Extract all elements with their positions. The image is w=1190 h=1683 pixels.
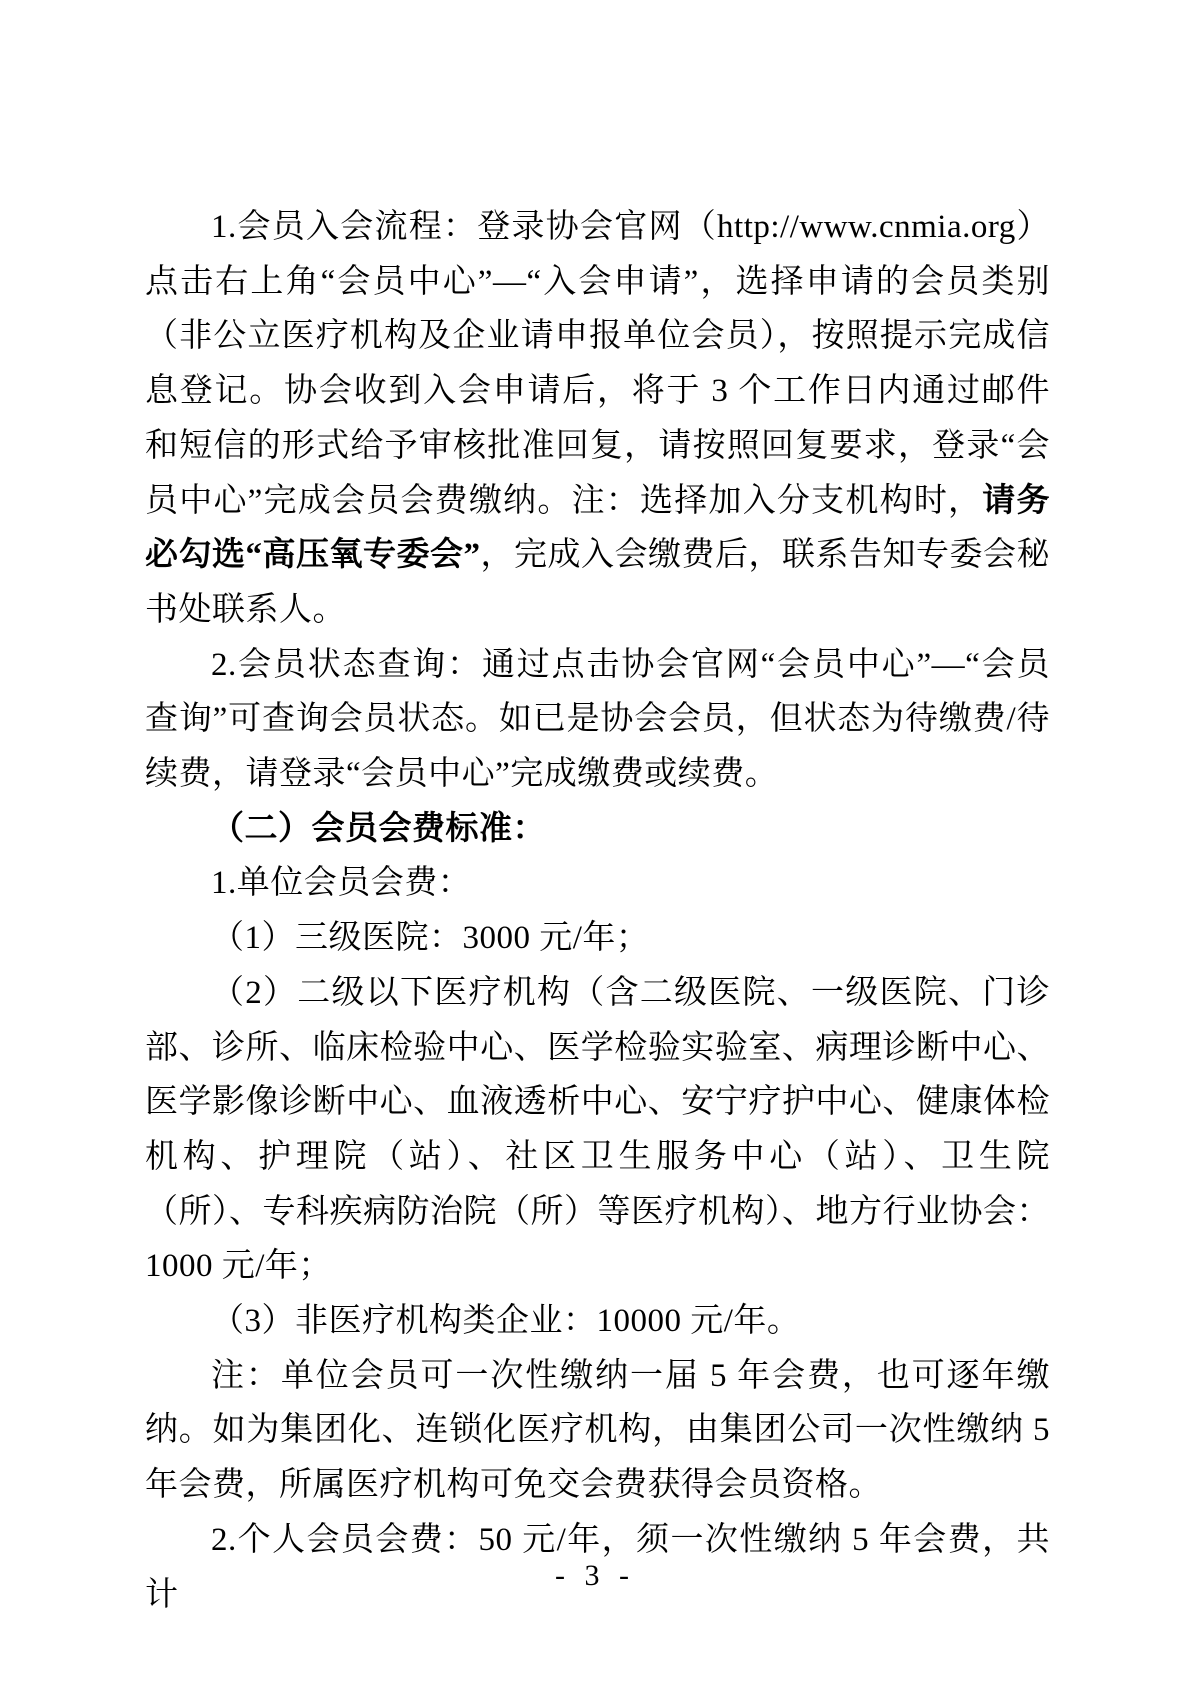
unit-member-fee-title: 1.单位会员会费： xyxy=(145,856,1050,911)
page-number: - 3 - xyxy=(0,1556,1190,1596)
text-run: 2.会员状态查询：通过点击协会官网“会员中心”—“会员查询”可查询会员状态。如已… xyxy=(145,647,1050,792)
membership-status-query: 2.会员状态查询：通过点击协会官网“会员中心”—“会员查询”可查询会员状态。如已… xyxy=(145,638,1050,802)
text-run: （1）三级医院：3000 元/年； xyxy=(211,920,649,956)
membership-join-process: 1.会员入会流程：登录协会官网（http://www.cnmia.org）点击右… xyxy=(145,200,1050,638)
text-run: （2）二级以下医疗机构（含二级医院、一级医院、门诊部、诊所、临床检验中心、医学检… xyxy=(145,975,1050,1285)
fee-standard-heading: （二）会员会费标准： xyxy=(145,802,1050,857)
text-run: （3）非医疗机构类企业：10000 元/年。 xyxy=(211,1303,800,1339)
emphasis-text-run: （二）会员会费标准： xyxy=(211,811,546,847)
text-run: 1.会员入会流程：登录协会官网（http://www.cnmia.org）点击右… xyxy=(145,209,1050,519)
unit-member-fee-note: 注：单位会员可一次性缴纳一届 5 年会费，也可逐年缴纳。如为集团化、连锁化医疗机… xyxy=(145,1349,1050,1513)
fee-tier-level3-hospital: （1）三级医院：3000 元/年； xyxy=(145,911,1050,966)
document-body: 1.会员入会流程：登录协会官网（http://www.cnmia.org）点击右… xyxy=(145,200,1050,1622)
document-page: 1.会员入会流程：登录协会官网（http://www.cnmia.org）点击右… xyxy=(0,0,1190,1683)
text-run: 1.单位会员会费： xyxy=(211,865,471,901)
fee-tier-level2-and-below: （2）二级以下医疗机构（含二级医院、一级医院、门诊部、诊所、临床检验中心、医学检… xyxy=(145,966,1050,1294)
text-run: 注：单位会员可一次性缴纳一届 5 年会费，也可逐年缴纳。如为集团化、连锁化医疗机… xyxy=(145,1358,1050,1503)
fee-tier-non-medical-enterprise: （3）非医疗机构类企业：10000 元/年。 xyxy=(145,1294,1050,1349)
